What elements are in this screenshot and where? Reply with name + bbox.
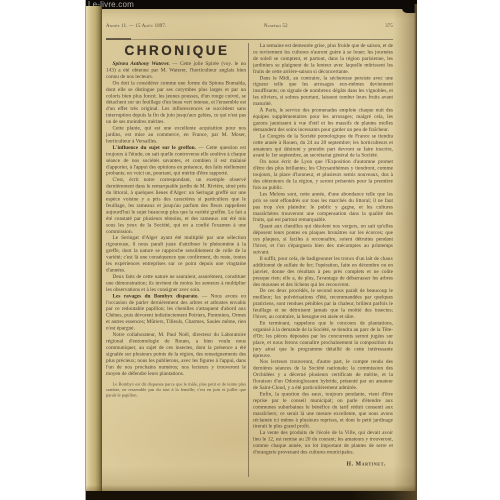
paragraph: Le Congrès de la Société pomologique de … <box>253 133 393 159</box>
signature-block: H. Martinet. <box>253 461 393 473</box>
page-right-edge <box>414 4 417 496</box>
right-column: La semaine est demeurée grise, plus froi… <box>253 43 393 456</box>
paragraph: Les Melons sont, cette année, d'une abon… <box>253 191 393 223</box>
paragraph: L'influence du sujet sur le greffon. — C… <box>106 145 246 177</box>
paragraph: Le Seringat d'Alger ayant été multiplié … <box>106 235 246 274</box>
paragraph: Les ravages du Bombyx disparate. — Nous … <box>106 293 246 332</box>
column-divider <box>248 43 249 477</box>
paragraph-lead: Les ravages du Bombyx disparate. <box>113 293 202 299</box>
top-black-bar: Le-livre.com <box>86 0 417 9</box>
footnote-paragraph: Le Bombyx est dit disparate parce que le… <box>106 382 246 398</box>
paragraph: C'est, écrit notre correspondant, un exe… <box>106 177 246 235</box>
signature: H. Martinet. <box>253 461 393 467</box>
paragraph-lead: L'influence du sujet sur le greffon. <box>113 145 199 151</box>
paragraph: La vente des produits de l'école de la V… <box>253 430 393 456</box>
paragraph: De ces deux procédés, le second nous par… <box>253 288 393 320</box>
header-page-number: 375 <box>385 23 393 29</box>
paragraph-lead: Spiræa Anthony Waterer. <box>113 61 173 67</box>
paragraph: En terminant, rappelons que le concours … <box>253 320 393 359</box>
header-issue-number: Numéro 52 <box>264 23 288 29</box>
book-photo: Le-livre.com Année 11. — 15 Août 1897. N… <box>85 0 417 500</box>
page-header: Année 11. — 15 Août 1897. Numéro 52 375 <box>106 23 393 33</box>
paragraph: Notre collaborateur, M. Paul Noël, direc… <box>106 332 246 377</box>
paragraph: Dans le Midi, au contraire, la sécheress… <box>253 75 393 107</box>
screenshot-canvas: Le-livre.com Année 11. — 15 Août 1897. N… <box>0 0 500 500</box>
left-column: Spiræa Anthony Waterer. — Cette jolie Sp… <box>106 61 246 474</box>
paragraph: Deux faits de cette nature ne sauraient,… <box>106 274 246 293</box>
paragraph: On doit la considérer comme une forme du… <box>106 80 246 125</box>
header-date: Année 11. — 15 Août 1897. <box>106 23 166 29</box>
chronicle-title: CHRONIQUE <box>106 43 248 58</box>
paragraph: Il suffit, pour cela, de badigeonner les… <box>253 256 393 288</box>
bottom-dark-bar <box>86 491 417 500</box>
paragraph: Quant aux chenilles qui désolent nos ver… <box>253 224 393 256</box>
paragraph: La semaine est demeurée grise, plus froi… <box>253 43 393 75</box>
book-spine-edge <box>86 6 102 494</box>
paragraph: Cette plante, qui est une excellente acq… <box>106 126 246 145</box>
header-rule <box>106 39 393 40</box>
paragraph: Nos lecteurs trouveront, d'autre part, l… <box>253 359 393 391</box>
paragraph: Spiræa Anthony Waterer. — Cette jolie Sp… <box>106 61 246 80</box>
paragraph: À Paris, le service des promenades emplo… <box>253 108 393 134</box>
paragraph: Enfin, la question des eaux, toujours pe… <box>253 391 393 430</box>
paragraph: On nous écrit de Lyon que l'Exposition d… <box>253 159 393 191</box>
